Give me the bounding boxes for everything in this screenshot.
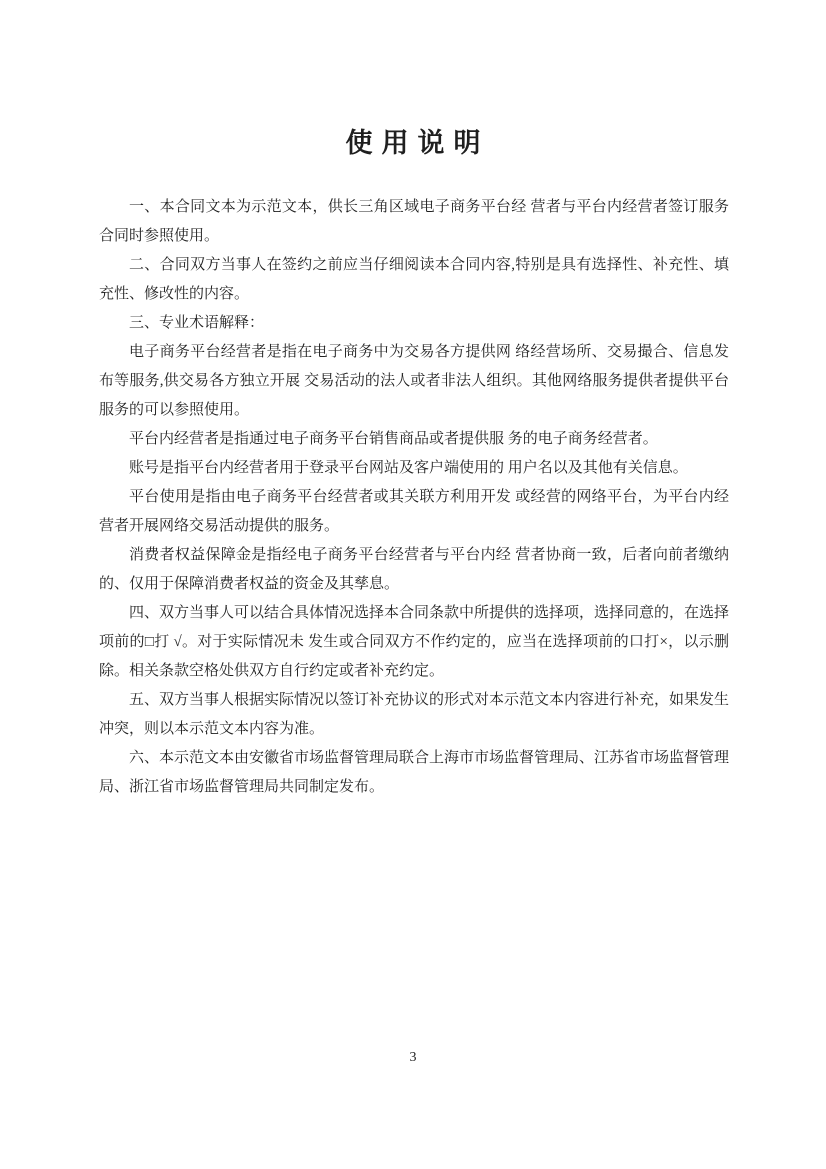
paragraph-supplementary-agreement: 五、双方当事人根据实际情况以签订补充协议的形式对本示范文本内容进行补充，如果发生…: [99, 686, 729, 744]
paragraph-term-platform-use: 平台使用是指由电子商务平台经营者或其关联方利用开发 或经营的网络平台，为平台内经…: [99, 483, 729, 541]
document-page: 使用说明 一、本合同文本为示范文本，供长三角区域电子商务平台经 营者与平台内经营…: [0, 0, 826, 1169]
paragraph-checkbox-instructions: 四、双方当事人可以结合具体情况选择本合同条款中所提供的选择项，选择同意的，在选择…: [99, 599, 729, 686]
paragraph-term-in-platform-operator: 平台内经营者是指通过电子商务平台销售商品或者提供服 务的电子商务经营者。: [99, 425, 729, 454]
paragraph-usage-scope: 一、本合同文本为示范文本，供长三角区域电子商务平台经 营者与平台内经营者签订服务…: [99, 193, 729, 251]
paragraph-term-consumer-deposit: 消费者权益保障金是指经电子商务平台经营者与平台内经 营者协商一致，后者向前者缴纳…: [99, 541, 729, 599]
paragraph-read-before-signing: 二、合同双方当事人在签约之前应当仔细阅读本合同内容,特别是具有选择性、补充性、填…: [99, 251, 729, 309]
page-number: 3: [0, 1050, 826, 1066]
paragraph-issuing-authorities: 六、本示范文本由安徽省市场监督管理局联合上海市市场监督管理局、江苏省市场监督管理…: [99, 744, 729, 802]
paragraph-term-platform-operator: 电子商务平台经营者是指在电子商务中为交易各方提供网 络经营场所、交易撮合、信息发…: [99, 338, 729, 425]
paragraph-terminology-heading: 三、专业术语解释：: [99, 309, 729, 338]
paragraph-term-account: 账号是指平台内经营者用于登录平台网站及客户端使用的 用户名以及其他有关信息。: [99, 454, 729, 483]
page-title: 使用说明: [0, 121, 826, 160]
document-body: 一、本合同文本为示范文本，供长三角区域电子商务平台经 营者与平台内经营者签订服务…: [99, 193, 729, 802]
